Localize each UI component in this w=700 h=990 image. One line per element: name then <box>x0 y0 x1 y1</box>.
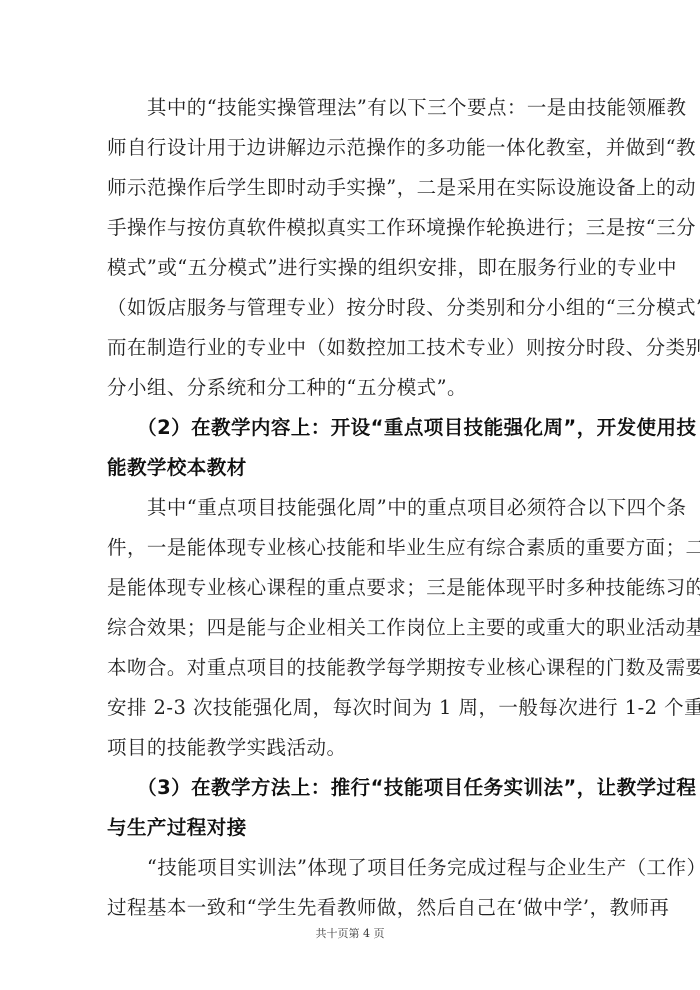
heading-2-line-2: 能教学校本教材 <box>107 456 597 480</box>
paragraph-2-line-6: 安排 2-3 次技能强化周，每次时间为 1 周，一般每次进行 1-2 个重点 <box>107 696 597 720</box>
paragraph-3-line-2: 过程基本一致和“学生先看教师做，然后自己在‘做中学’，教师再 <box>107 896 597 920</box>
paragraph-2-line-1: 其中“重点项目技能强化周”中的重点项目必须符合以下四个条 <box>107 496 597 520</box>
paragraph-1-line-2: 师自行设计用于边讲解边示范操作的多功能一体化教室，并做到“教 <box>107 136 597 160</box>
paragraph-1-line-4: 手操作与按仿真软件模拟真实工作环境操作轮换进行；三是按“三分 <box>107 216 597 240</box>
paragraph-2-line-2: 件，一是能体现专业核心技能和毕业生应有综合素质的重要方面；二 <box>107 536 597 560</box>
paragraph-2-line-7: 项目的技能教学实践活动。 <box>107 736 597 760</box>
paragraph-1-line-7: 而在制造行业的专业中（如数控加工技术专业）则按分时段、分类别、 <box>107 336 597 360</box>
page-footer: 共十页第 4 页 <box>0 925 700 941</box>
paragraph-1-line-6: （如饭店服务与管理专业）按分时段、分类别和分小组的“三分模式”， <box>107 296 597 320</box>
paragraph-1-line-1: 其中的“技能实操管理法”有以下三个要点：一是由技能领雁教 <box>107 96 597 120</box>
heading-3-line-2: 与生产过程对接 <box>107 816 597 840</box>
paragraph-1-line-5: 模式”或“五分模式”进行实操的组织安排，即在服务行业的专业中 <box>107 256 597 280</box>
paragraph-2-line-3: 是能体现专业核心课程的重点要求；三是能体现平时多种技能练习的 <box>107 576 597 600</box>
heading-2-line-1: （2）在教学内容上：开设“重点项目技能强化周”，开发使用技 <box>107 416 597 440</box>
paragraph-2-line-5: 本吻合。对重点项目的技能教学每学期按专业核心课程的门数及需要 <box>107 656 597 680</box>
paragraph-1-line-3: 师示范操作后学生即时动手实操”，二是采用在实际设施设备上的动 <box>107 176 597 200</box>
document-page: 其中的“技能实操管理法”有以下三个要点：一是由技能领雁教 师自行设计用于边讲解边… <box>0 0 700 990</box>
paragraph-2-line-4: 综合效果；四是能与企业相关工作岗位上主要的或重大的职业活动基 <box>107 616 597 640</box>
heading-3-line-1: （3）在教学方法上：推行“技能项目任务实训法”，让教学过程 <box>107 776 597 800</box>
paragraph-3-line-1: “技能项目实训法”体现了项目任务完成过程与企业生产（工作） <box>107 856 597 880</box>
paragraph-1-line-8: 分小组、分系统和分工种的“五分模式”。 <box>107 376 597 400</box>
